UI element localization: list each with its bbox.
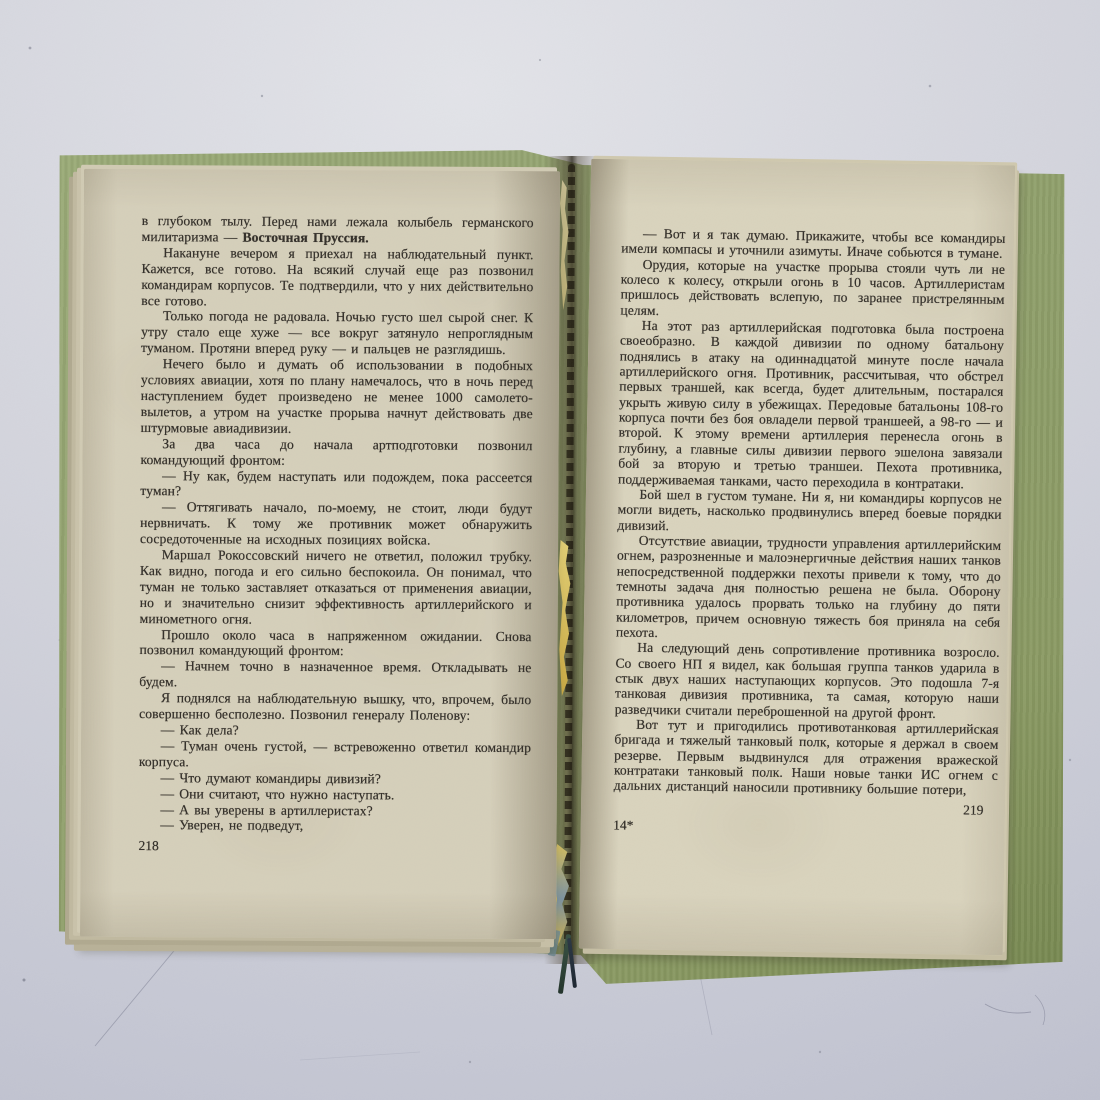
- paragraph: Маршал Рокоссовский ничего не ответил, п…: [140, 547, 532, 629]
- body-text: Только погода не радовала. Ночью густо ш…: [141, 309, 533, 358]
- paragraph: — Ну как, будем наступать или подождем, …: [140, 468, 532, 502]
- paragraph: На этот раз артиллерийская подготовка бы…: [618, 318, 1004, 492]
- photo: в глубоком тылу. Перед нами лежала колыб…: [0, 0, 1100, 1100]
- page-number-right: 219: [963, 802, 983, 818]
- body-text: Нечего было и думать об использовании в …: [141, 356, 533, 435]
- paragraph: — Начнем точно в назначенное время. Откл…: [139, 658, 531, 692]
- paragraph: — Оттягивать начало, по-моему, не стоит,…: [140, 499, 532, 549]
- paragraph: — Уверен, не подведут,: [139, 817, 531, 835]
- paragraph: Вот тут и пригодились противотанковая ар…: [614, 716, 999, 798]
- body-text: За два часа до начала артподготовки позв…: [140, 436, 532, 468]
- paragraph: На следующий день сопротивление противни…: [615, 640, 1000, 722]
- body-text: На этот раз артиллерийская подготовка бы…: [618, 318, 1004, 491]
- body-text: Маршал Рокоссовский ничего не ответил, п…: [140, 547, 532, 626]
- paragraph: в глубоком тылу. Перед нами лежала колыб…: [142, 213, 534, 247]
- paragraph: За два часа до начала артподготовки позв…: [140, 436, 532, 470]
- body-text: — А вы уверены в артиллеристах?: [160, 802, 373, 818]
- page-number-left: 218: [138, 838, 530, 856]
- right-page: — Вот и я так думаю. Прикажите, чтобы вс…: [579, 159, 1015, 956]
- bold-text: Восточная Пруссия.: [242, 229, 368, 245]
- paragraph: Отсутствие авиации, трудности управления…: [616, 532, 1001, 645]
- paragraph: — Туман очень густой, — встревоженно отв…: [139, 738, 531, 772]
- open-book: в глубоком тылу. Перед нами лежала колыб…: [0, 0, 1100, 1100]
- right-page-footer: 14* 219: [613, 793, 998, 854]
- paragraph: Я поднялся на наблюдательную вышку, что,…: [139, 690, 531, 724]
- body-text: Вот тут и пригодились противотанковая ар…: [614, 717, 999, 798]
- body-text: Отсутствие авиации, трудности управления…: [616, 533, 1001, 640]
- paragraph: Накануне вечером я приехал на наблюдател…: [141, 245, 533, 311]
- body-text: Орудия, которые на участке прорыва стоял…: [620, 257, 1005, 318]
- paragraph: Нечего было и думать об использовании в …: [141, 356, 533, 438]
- body-text: Бой шел в густом тумане. Ни я, ни команд…: [617, 487, 1002, 533]
- body-text: — Ну как, будем наступать или подождем, …: [140, 468, 532, 499]
- body-text: Я поднялся на наблюдательную вышку, что,…: [139, 690, 531, 723]
- body-text: — Они считают, что нужно наступать.: [160, 786, 394, 802]
- left-page-text: в глубоком тылу. Перед нами лежала колыб…: [139, 213, 534, 835]
- body-text: — Вот и я так думаю. Прикажите, чтобы вс…: [621, 226, 1005, 261]
- paragraph: Орудия, которые на участке прорыва стоял…: [620, 256, 1005, 323]
- body-text: Прошло около часа в напряженном ожидании…: [139, 627, 531, 659]
- signature-mark: 14*: [613, 817, 633, 833]
- body-text: Накануне вечером я приехал на наблюдател…: [141, 245, 533, 308]
- paragraph: Только погода не радовала. Ночью густо ш…: [141, 308, 533, 358]
- body-text: — Как дела?: [161, 722, 239, 737]
- body-text: — Оттягивать начало, по-моему, не стоит,…: [140, 499, 532, 547]
- left-page: в глубоком тылу. Перед нами лежала колыб…: [80, 169, 560, 939]
- paragraph: Прошло около часа в напряженном ожидании…: [139, 627, 531, 661]
- body-text: — Туман очень густой, — встревоженно отв…: [139, 738, 531, 769]
- paragraph: Бой шел в густом тумане. Ни я, ни команд…: [617, 486, 1002, 537]
- body-text: — Уверен, не подведут,: [160, 818, 303, 834]
- body-text: — Начнем точно в назначенное время. Откл…: [139, 659, 531, 690]
- right-page-text: — Вот и я так думаю. Прикажите, чтобы вс…: [614, 226, 1006, 799]
- body-text: На следующий день сопротивление противни…: [615, 640, 1000, 721]
- body-text: — Что думают командиры дивизий?: [161, 770, 381, 786]
- thread: [567, 938, 577, 988]
